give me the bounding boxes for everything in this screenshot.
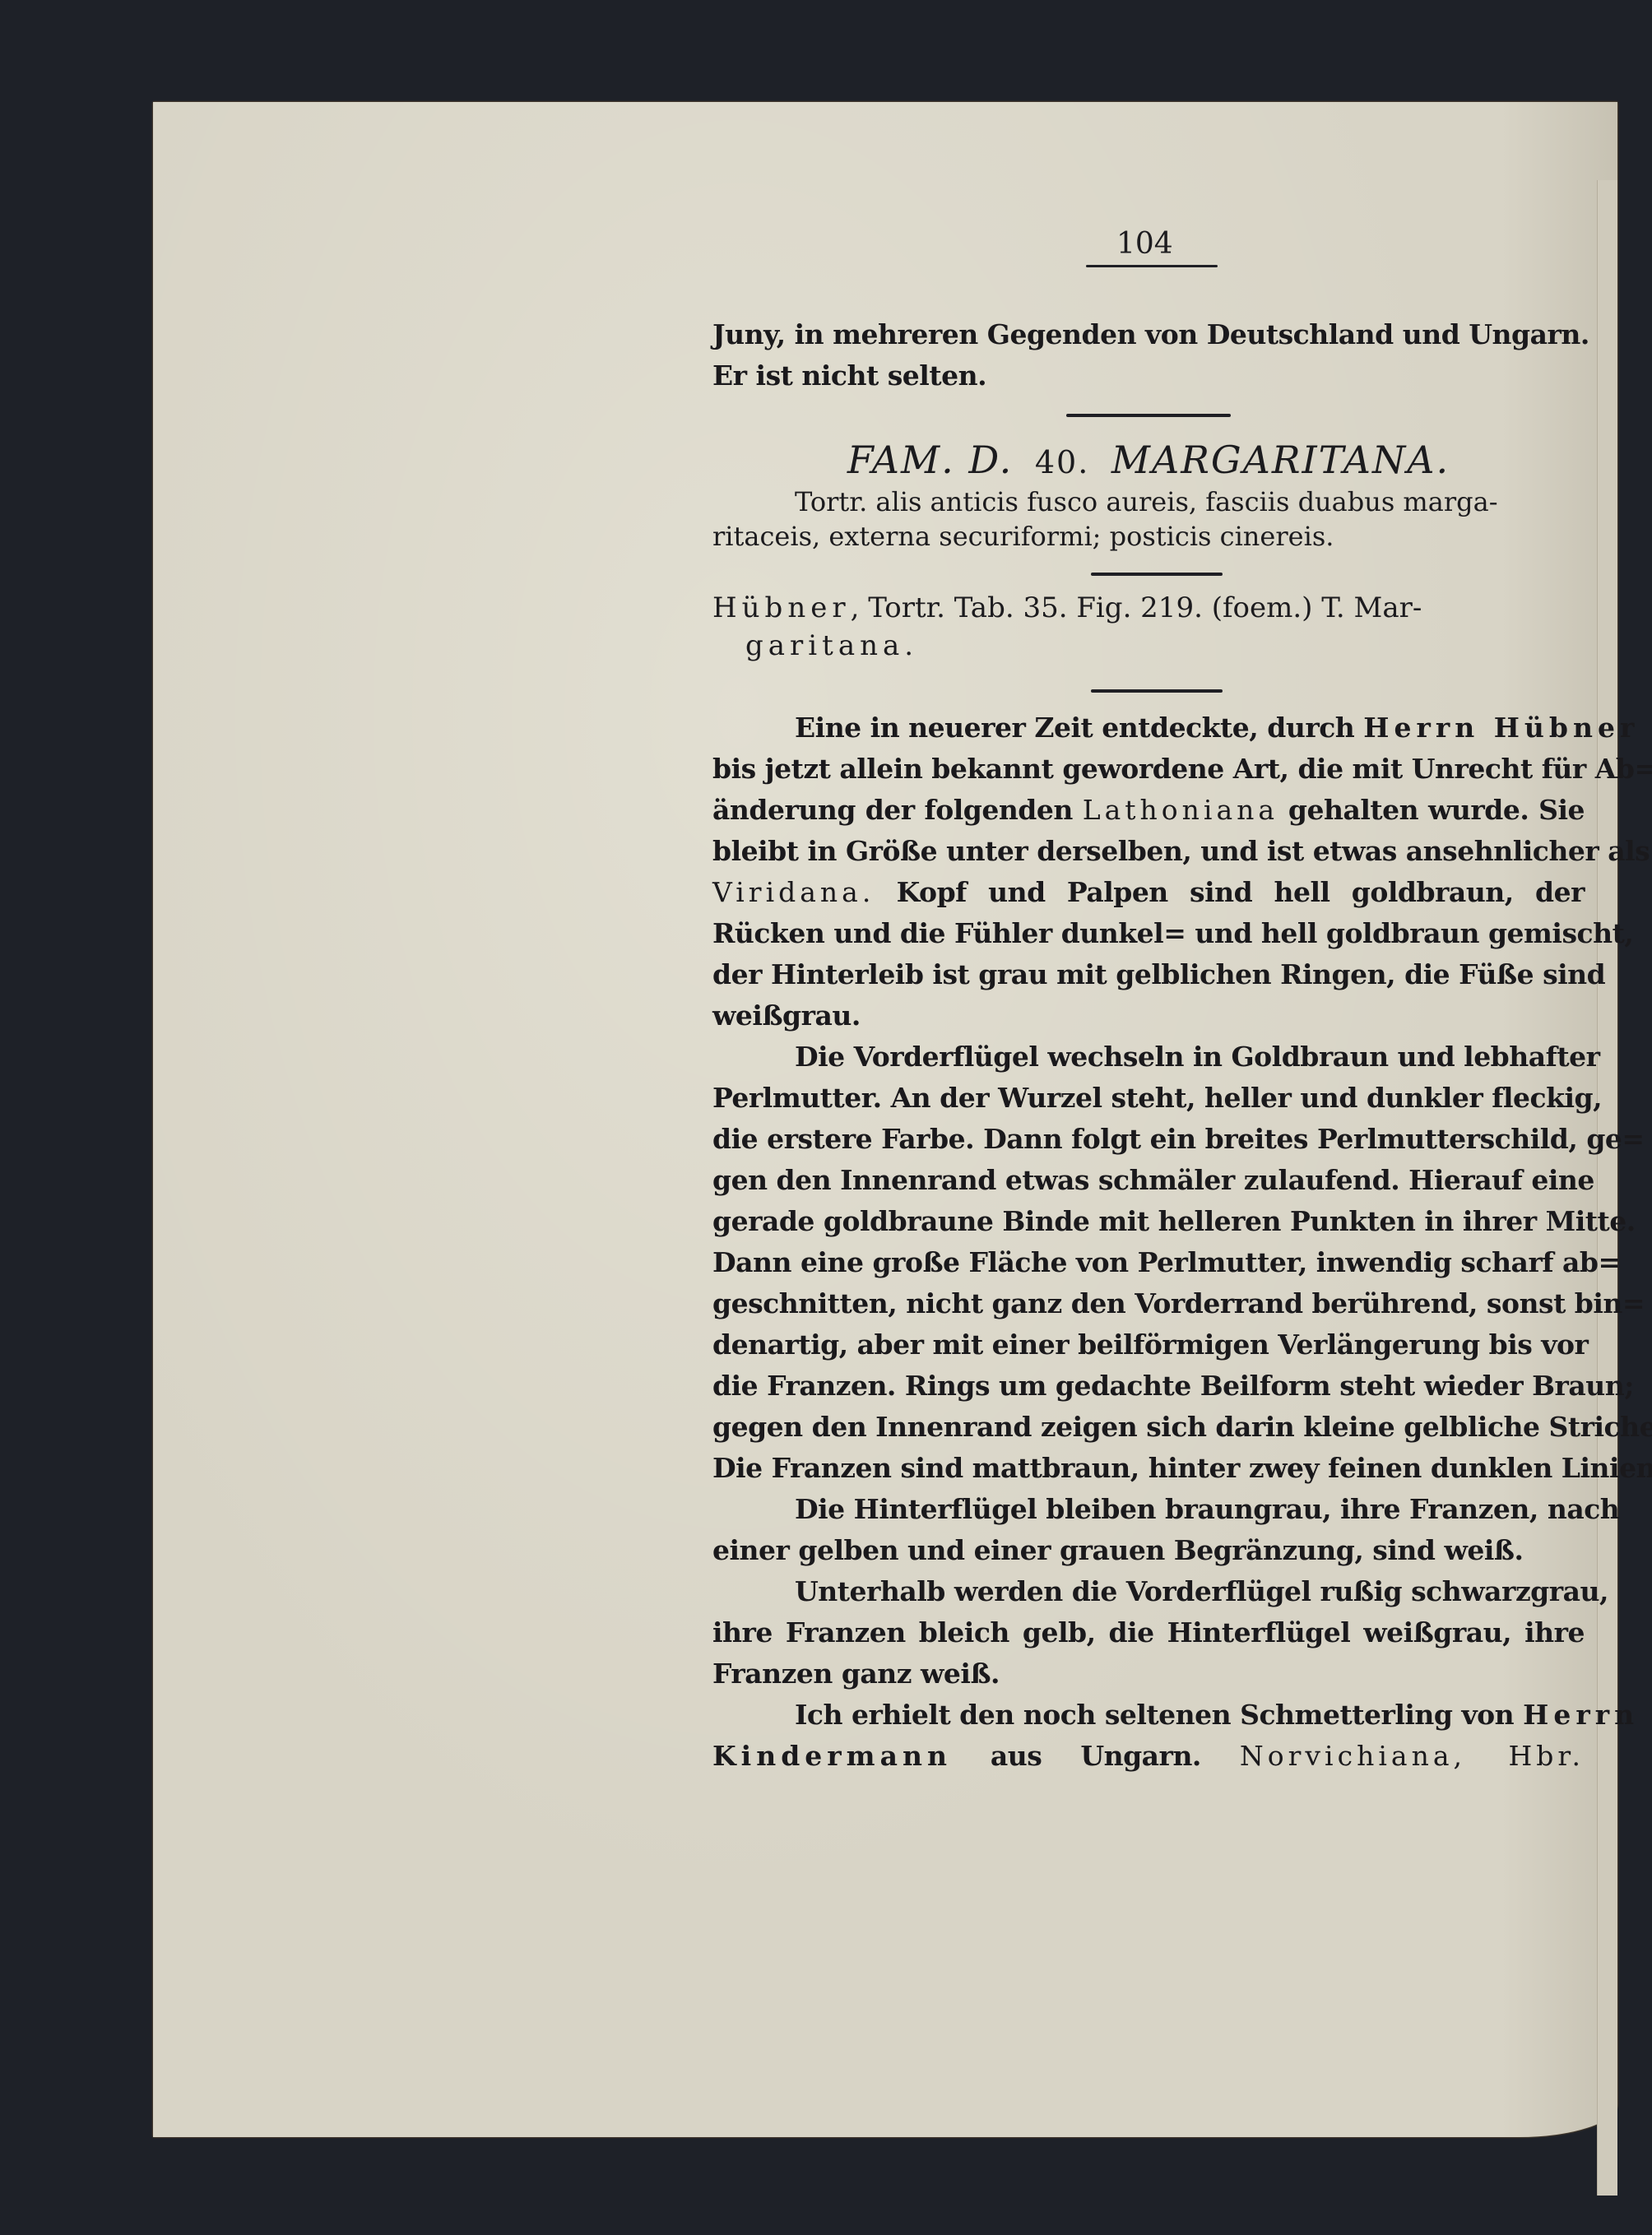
name-herrn-huebner: Herrn Hübner: [1363, 712, 1639, 744]
body-line: Die Hinterflügel bleiben braungrau, ihre…: [712, 1489, 1585, 1530]
body-line: ihre Franzen bleich gelb, die Hinterflüg…: [712, 1612, 1585, 1653]
body-line: Die Vorderflügel wechseln in Goldbraun u…: [712, 1036, 1585, 1078]
body-line: gegen den Innenrand zeigen sich darin kl…: [712, 1407, 1585, 1448]
body-line: die erstere Farbe. Dann folgt ein breite…: [712, 1119, 1585, 1160]
reference-line-2: garitana.: [712, 627, 1617, 665]
species-lathoniana: Lathoniana: [1083, 794, 1278, 826]
diagnosis-line-2: ritaceis, externa securiformi; posticis …: [712, 520, 1585, 553]
continuation-line-2: Er ist nicht selten.: [712, 355, 1585, 396]
continuation-line-1: Juny, in mehreren Gegenden von Deutschla…: [712, 314, 1585, 355]
body-line: Kindermann aus Ungarn. Norvichiana, Hbr.: [712, 1736, 1585, 1777]
body-line: Die Franzen sind mattbraun, hinter zwey …: [712, 1448, 1585, 1489]
body-line: gen den Innenrand etwas schmäler zulaufe…: [712, 1160, 1585, 1201]
heading-species: MARGARITANA.: [1111, 438, 1450, 482]
line-text: Kopf und Palpen sind hell goldbraun, der: [875, 876, 1585, 908]
body-line: Ich erhielt den noch seltenen Schmetterl…: [712, 1695, 1585, 1736]
page-edge: [1597, 180, 1617, 2196]
section-rule-2: [1091, 573, 1223, 576]
line-text: Ich erhielt den noch seltenen Schmetterl…: [795, 1699, 1523, 1731]
body-line: weißgrau.: [712, 995, 1585, 1036]
body-line: geschnitten, nicht ganz den Vorderrand b…: [712, 1283, 1585, 1324]
body-line: Rücken und die Fühler dunkel= und hell g…: [712, 913, 1585, 954]
heading-number: 40.: [1035, 444, 1089, 480]
page-number-rule: [1086, 265, 1218, 267]
diagnosis-line-1: Tortr. alis anticis fusco aureis, fascii…: [712, 485, 1652, 518]
body-line: bleibt in Größe unter derselben, und ist…: [712, 831, 1585, 872]
species-heading: FAM. D. 40. MARGARITANA.: [712, 438, 1585, 482]
line-text: Eine in neuerer Zeit entdeckte, durch: [795, 712, 1363, 744]
body-line: bis jetzt allein bekannt gewordene Art, …: [712, 749, 1585, 790]
line-text: gehalten wurde. Sie: [1278, 794, 1585, 826]
body-line: änderung der folgenden Lathoniana gehalt…: [712, 790, 1585, 831]
body-line: Perlmutter. An der Wurzel steht, heller …: [712, 1078, 1585, 1119]
name-kindermann: Kindermann: [712, 1740, 952, 1772]
body-line: Viridana. Kopf und Palpen sind hell gold…: [712, 872, 1585, 913]
section-rule-3: [1091, 689, 1223, 693]
species-viridana: Viridana.: [712, 876, 875, 908]
body-line: Franzen ganz weiß.: [712, 1653, 1585, 1695]
heading-family: FAM. D.: [847, 438, 1013, 482]
body-line: einer gelben und einer grauen Begränzung…: [712, 1530, 1585, 1571]
name-herrn: Herrn: [1523, 1699, 1639, 1731]
body-line: Unterhalb werden die Vorderflügel rußig …: [712, 1571, 1585, 1612]
reference-line-1: Hübner, Tortr. Tab. 35. Fig. 219. (foem.…: [712, 589, 1585, 627]
page-number: 104: [1116, 227, 1173, 261]
reference-citation: , Tortr. Tab. 35. Fig. 219. (foem.) T. M…: [851, 591, 1422, 624]
body-line: Dann eine große Fläche von Perlmutter, i…: [712, 1242, 1585, 1283]
body-line: gerade goldbraune Binde mit helleren Pun…: [712, 1201, 1585, 1242]
section-rule-1: [1066, 414, 1231, 417]
reference-author: Hübner: [712, 591, 851, 624]
body-line: der Hinterleib ist grau mit gelblichen R…: [712, 954, 1585, 995]
body-line: die Franzen. Rings um gedachte Beilform …: [712, 1366, 1585, 1407]
line-text: änderung der folgenden: [712, 794, 1083, 826]
body-line: Eine in neuerer Zeit entdeckte, durch He…: [712, 707, 1585, 749]
species-norvichiana: Norvichiana, Hbr.: [1240, 1740, 1585, 1772]
line-text: aus Ungarn.: [952, 1740, 1240, 1772]
body-line: denartig, aber mit einer beilförmigen Ve…: [712, 1324, 1585, 1366]
